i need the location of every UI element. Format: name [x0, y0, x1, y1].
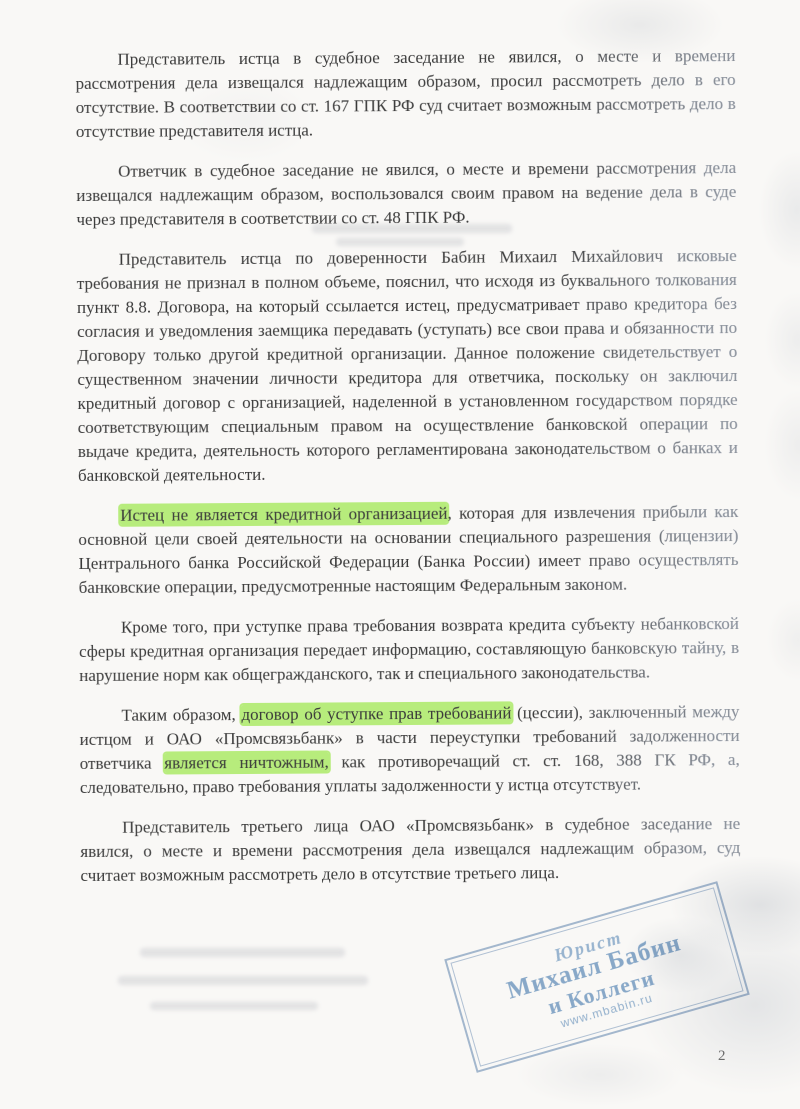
document-paragraph: Таким образом, договор об уступке прав т…: [79, 700, 740, 800]
page-number: 2: [718, 1048, 726, 1065]
document-paragraph: Представитель истца в судебное заседание…: [75, 44, 736, 144]
document-paragraph: Представитель истца по доверенности Баби…: [77, 244, 738, 488]
document-paragraph: Представитель третьего лица ОАО «Промсвя…: [80, 812, 740, 888]
document-paragraph: Ответчик в судебное заседание не явился,…: [76, 156, 736, 232]
text-segment: Представитель истца в судебное заседание…: [76, 46, 736, 141]
text-segment: Представитель истца по доверенности Баби…: [77, 246, 738, 485]
highlighted-text: договор об уступке прав требований: [241, 703, 511, 724]
text-segment: Ответчик в судебное заседание не явился,…: [76, 158, 736, 229]
document-paragraph: Истец не является кредитной организацией…: [78, 500, 739, 600]
document-paragraph: Кроме того, при уступке права требования…: [79, 612, 739, 688]
highlighted-text: Истец не является кредитной организацией: [120, 504, 447, 525]
text-segment: Кроме того, при уступке права требования…: [79, 614, 739, 685]
document-body: Представитель истца в судебное заседание…: [75, 44, 740, 904]
text-segment: Представитель третьего лица ОАО «Промсвя…: [80, 814, 740, 885]
text-segment: Таким образом,: [121, 705, 241, 725]
highlighted-text: является ничтожным,: [164, 752, 329, 772]
